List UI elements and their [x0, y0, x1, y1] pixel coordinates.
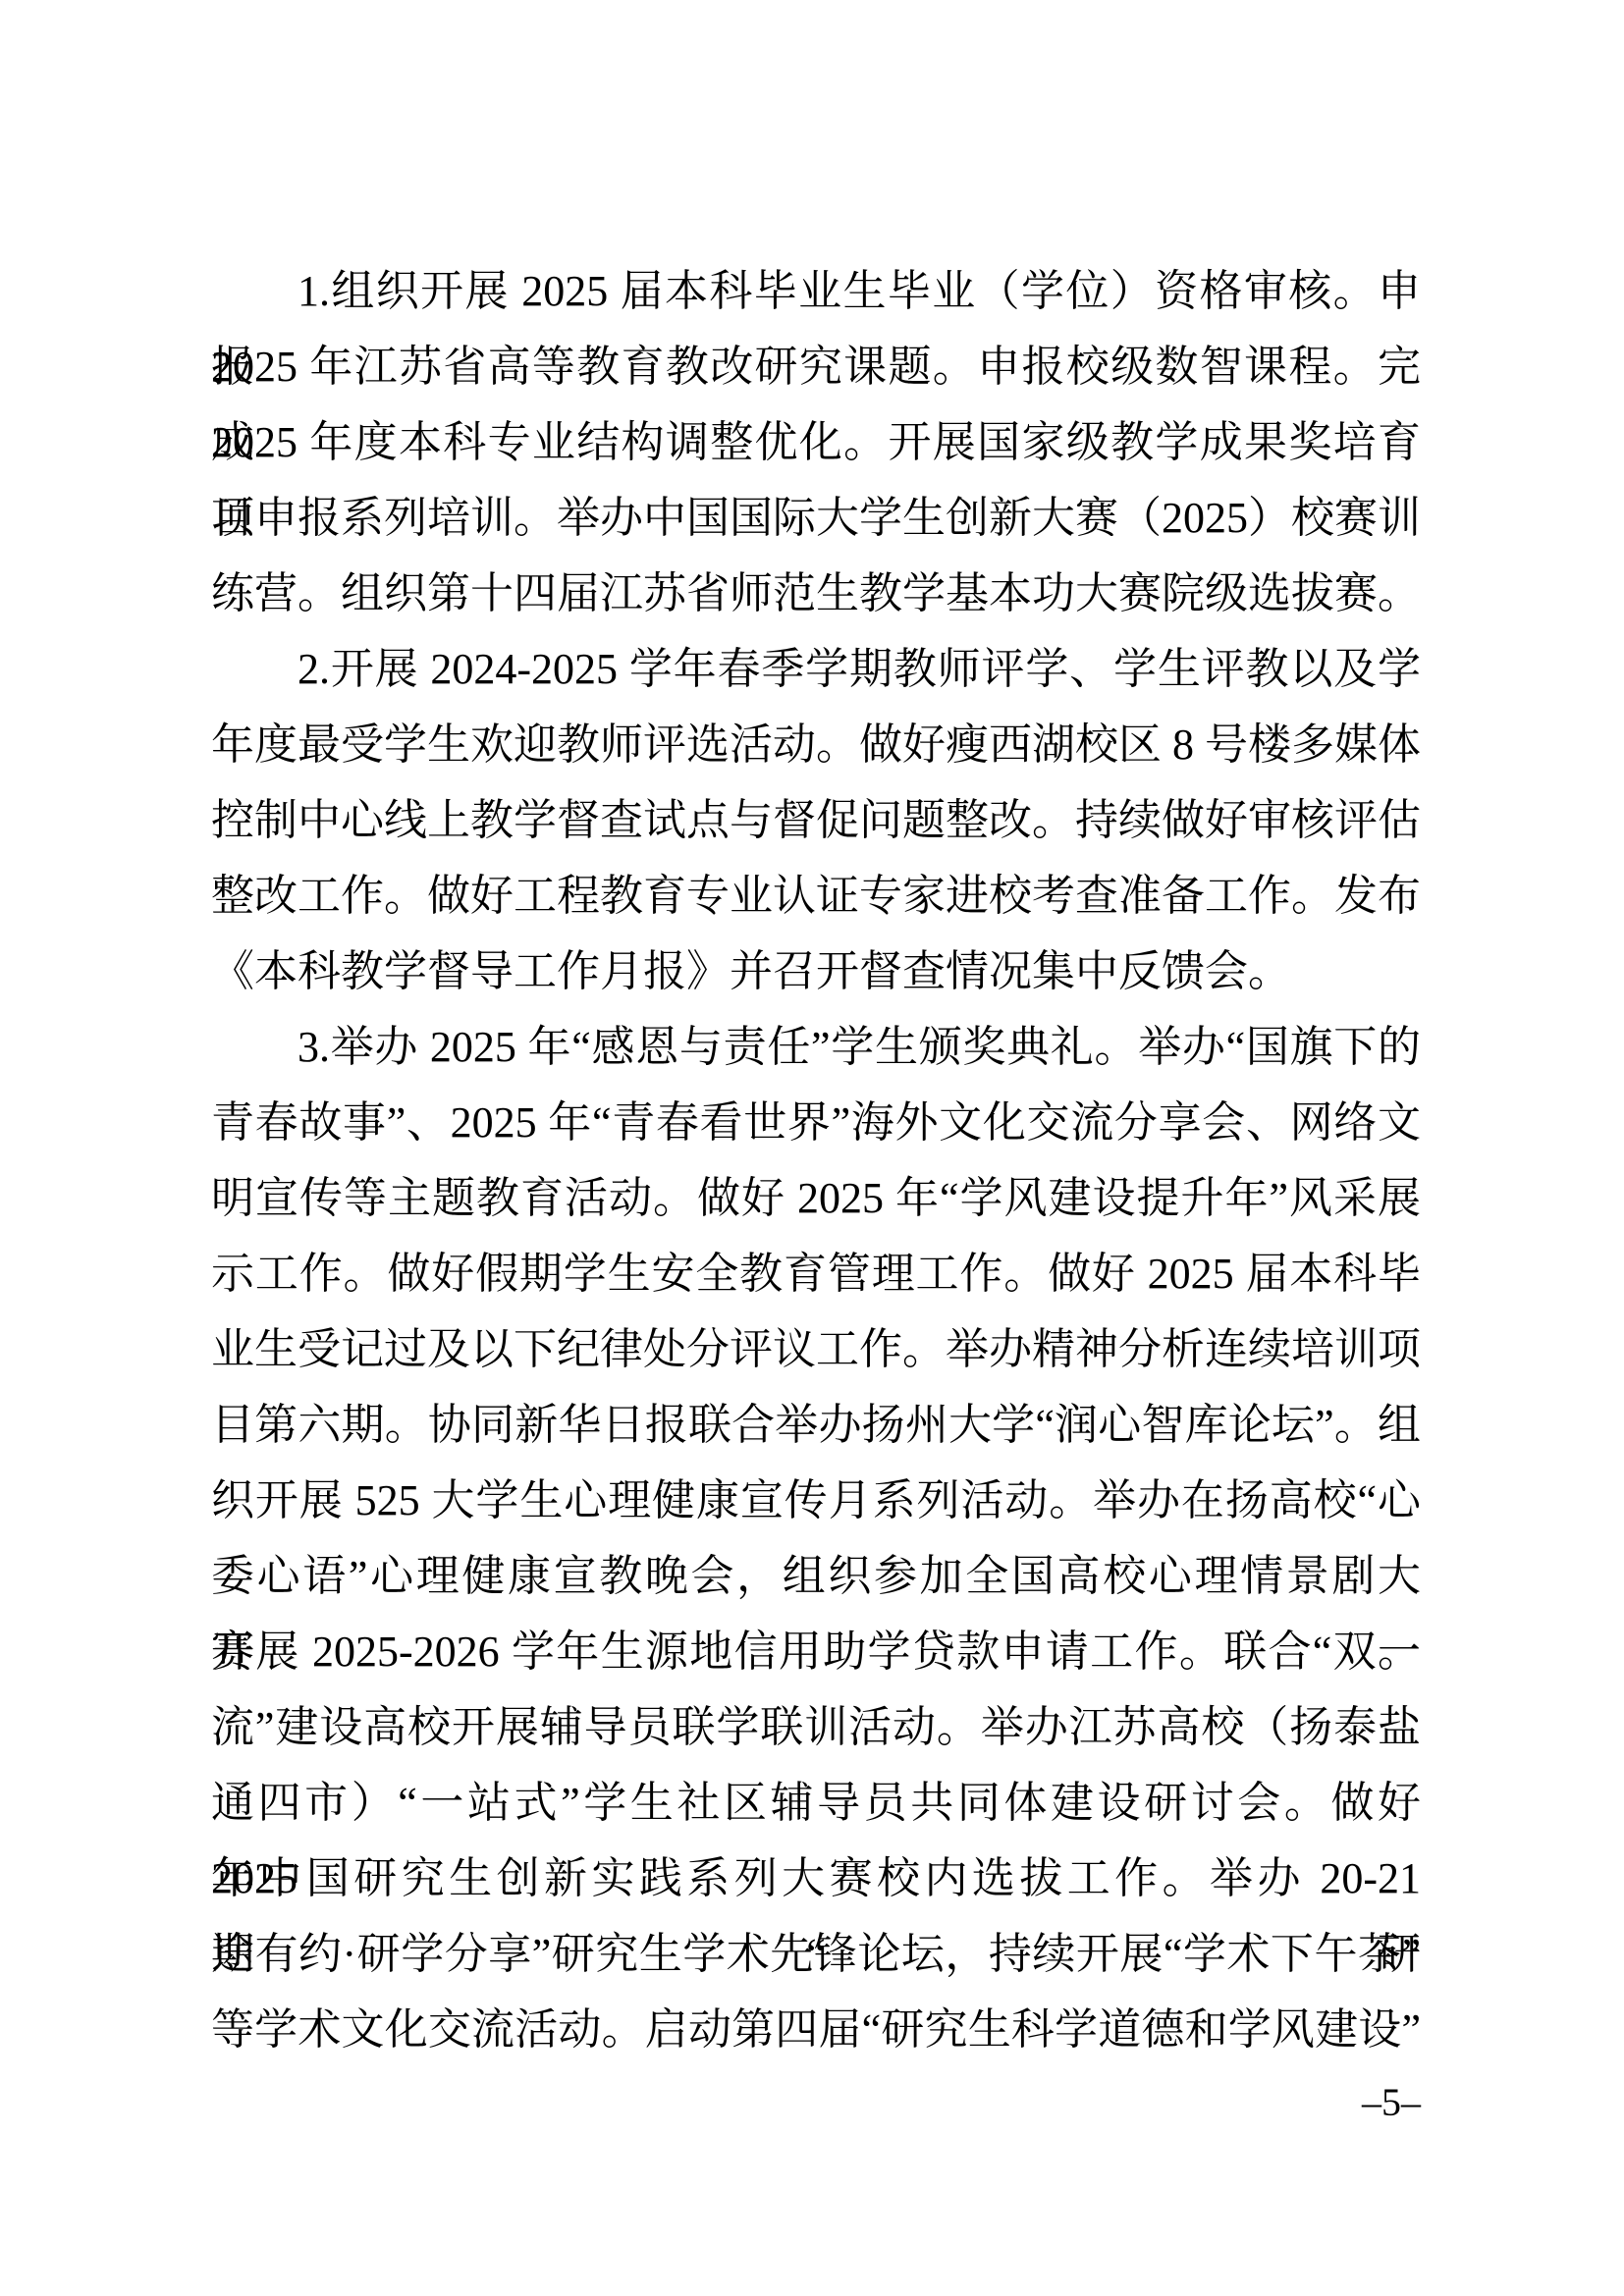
- document-body: 1.组织开展 2025 届本科毕业生毕业（学位）资格审核。申报 2025 年江苏…: [211, 253, 1421, 2067]
- text-line: 练营。组织第十四届江苏省师范生教学基本功大赛院级选拔赛。: [211, 556, 1421, 631]
- text-line: 业生受记过及以下纪律处分评议工作。举办精神分析连续培训项: [211, 1311, 1421, 1387]
- text-line: 控制中心线上教学督查试点与督促问题整改。持续做好审核评估: [211, 782, 1421, 858]
- text-line: 2025 年度本科专业结构调整优化。开展国家级教学成果奖培育项: [211, 404, 1421, 480]
- text-line: 2025 年江苏省高等教育教改研究课题。申报校级数智课程。完成: [211, 329, 1421, 404]
- text-line: 目第六期。协同新华日报联合举办扬州大学“润心智库论坛”。组: [211, 1387, 1421, 1463]
- text-line: 途有约·研学分享”研究生学术先锋论坛，持续开展“学术下午茶”: [211, 1916, 1421, 1992]
- text-line: 织开展 525 大学生心理健康宣传月系列活动。举办在扬高校“心: [211, 1463, 1421, 1538]
- text-line: 示工作。做好假期学生安全教育管理工作。做好 2025 届本科毕: [211, 1236, 1421, 1311]
- text-line: 3.举办 2025 年“感恩与责任”学生颁奖典礼。举办“国旗下的: [211, 1009, 1421, 1085]
- text-line: 1.组织开展 2025 届本科毕业生毕业（学位）资格审核。申报: [211, 253, 1421, 329]
- text-line: 等学术文化交流活动。启动第四届“研究生科学道德和学风建设”: [211, 1992, 1421, 2067]
- document-page: 1.组织开展 2025 届本科毕业生毕业（学位）资格审核。申报 2025 年江苏…: [0, 0, 1624, 2296]
- text-line: 年中国研究生创新实践系列大赛校内选拔工作。举办 20-21 期“研: [211, 1841, 1421, 1916]
- text-line: 2.开展 2024-2025 学年春季学期教师评学、学生评教以及学: [211, 631, 1421, 707]
- text-line: 开展 2025-2026 学年生源地信用助学贷款申请工作。联合“双一: [211, 1614, 1421, 1689]
- text-line: 通四市）“一站式”学生社区辅导员共同体建设研讨会。做好 2025: [211, 1765, 1421, 1841]
- text-line: 《本科教学督导工作月报》并召开督查情况集中反馈会。: [211, 934, 1421, 1009]
- text-line: 流”建设高校开展辅导员联学联训活动。举办江苏高校（扬泰盐: [211, 1689, 1421, 1765]
- text-line: 委心语”心理健康宣教晚会，组织参加全国高校心理情景剧大赛。: [211, 1538, 1421, 1614]
- text-line: 青春故事”、2025 年“青春看世界”海外文化交流分享会、网络文: [211, 1085, 1421, 1160]
- text-line: 整改工作。做好工程教育专业认证专家进校考查准备工作。发布: [211, 858, 1421, 934]
- text-line: 目申报系列培训。举办中国国际大学生创新大赛（2025）校赛训: [211, 480, 1421, 556]
- page-number: –5–: [211, 2079, 1421, 2126]
- text-line: 明宣传等主题教育活动。做好 2025 年“学风建设提升年”风采展: [211, 1160, 1421, 1236]
- text-line: 年度最受学生欢迎教师评选活动。做好瘦西湖校区 8 号楼多媒体: [211, 707, 1421, 782]
